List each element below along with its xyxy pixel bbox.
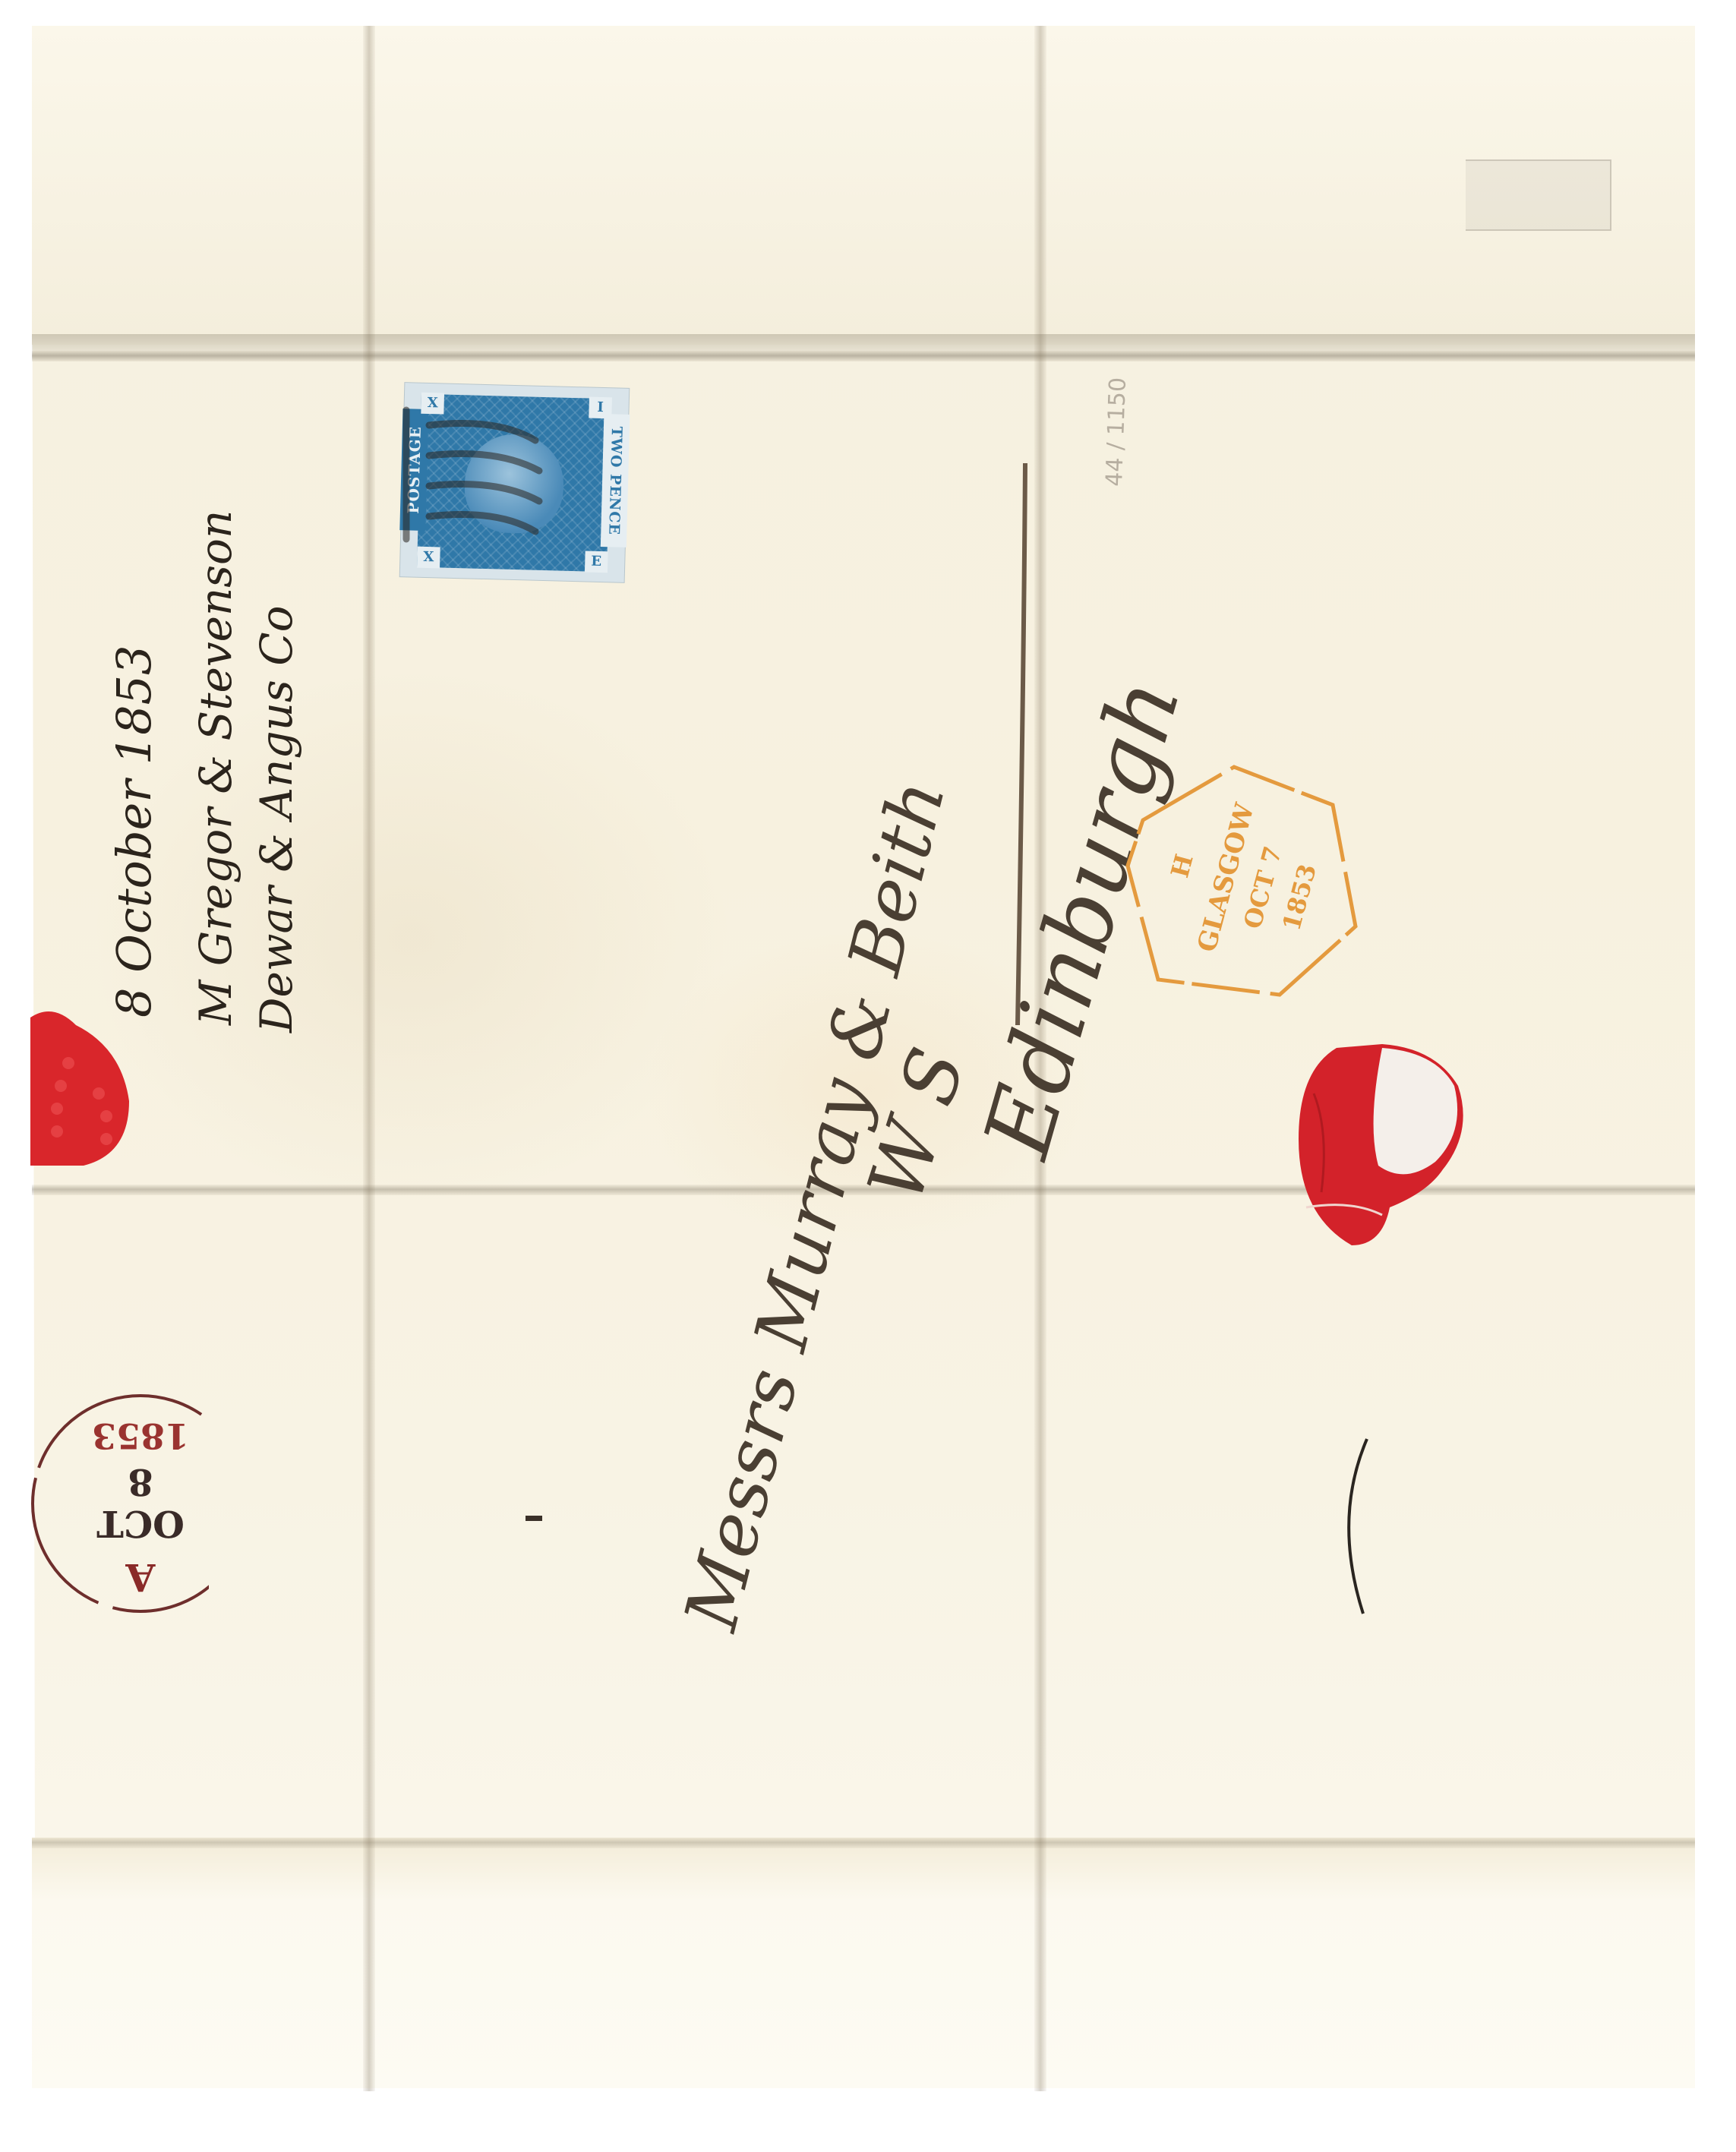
svg-text:H: H — [1165, 851, 1199, 881]
ink-dot-mark — [524, 1511, 547, 1526]
docket-date: 8 October 1853 — [106, 645, 162, 1018]
fold-line-top — [32, 351, 1695, 361]
fold-line-bottom — [32, 1838, 1695, 1848]
hex-code-left: H — [1165, 851, 1199, 881]
circ-month: OCT — [96, 1502, 185, 1545]
docket-company: Dewar & Angus Co — [251, 606, 302, 1033]
fold-line-left — [363, 26, 375, 2091]
ink-stroke-mark — [1329, 1435, 1375, 1617]
circ-day: 8 — [128, 1460, 153, 1503]
right-wax-seal — [1283, 1040, 1481, 1261]
circ-code: A — [125, 1555, 156, 1600]
arrival-circular-postmark: A OCT 8 1853 — [27, 1390, 209, 1617]
docket-correspondent: M Gregor & Stevenson — [190, 510, 241, 1025]
left-wax-seal — [23, 1002, 137, 1169]
glasgow-hexagonal-postmark: H GLASGOW OCT 7 1853 — [1105, 752, 1371, 1010]
numeral-cancel-icon — [383, 395, 558, 554]
hex-year: 1853 — [1277, 861, 1322, 934]
stamp-corner-letter: E — [585, 551, 608, 573]
top-flap — [32, 26, 1695, 345]
stamp-right-label: TWO PENCE — [601, 414, 630, 547]
bottom-flap — [32, 1838, 1695, 2088]
address-underline — [987, 456, 1048, 1033]
faint-mark-impression — [1466, 159, 1611, 231]
stamp-corner-letter: I — [589, 397, 612, 419]
pencil-note: 44 / 1150 — [1101, 377, 1132, 487]
circ-year: 1853 — [92, 1415, 189, 1456]
